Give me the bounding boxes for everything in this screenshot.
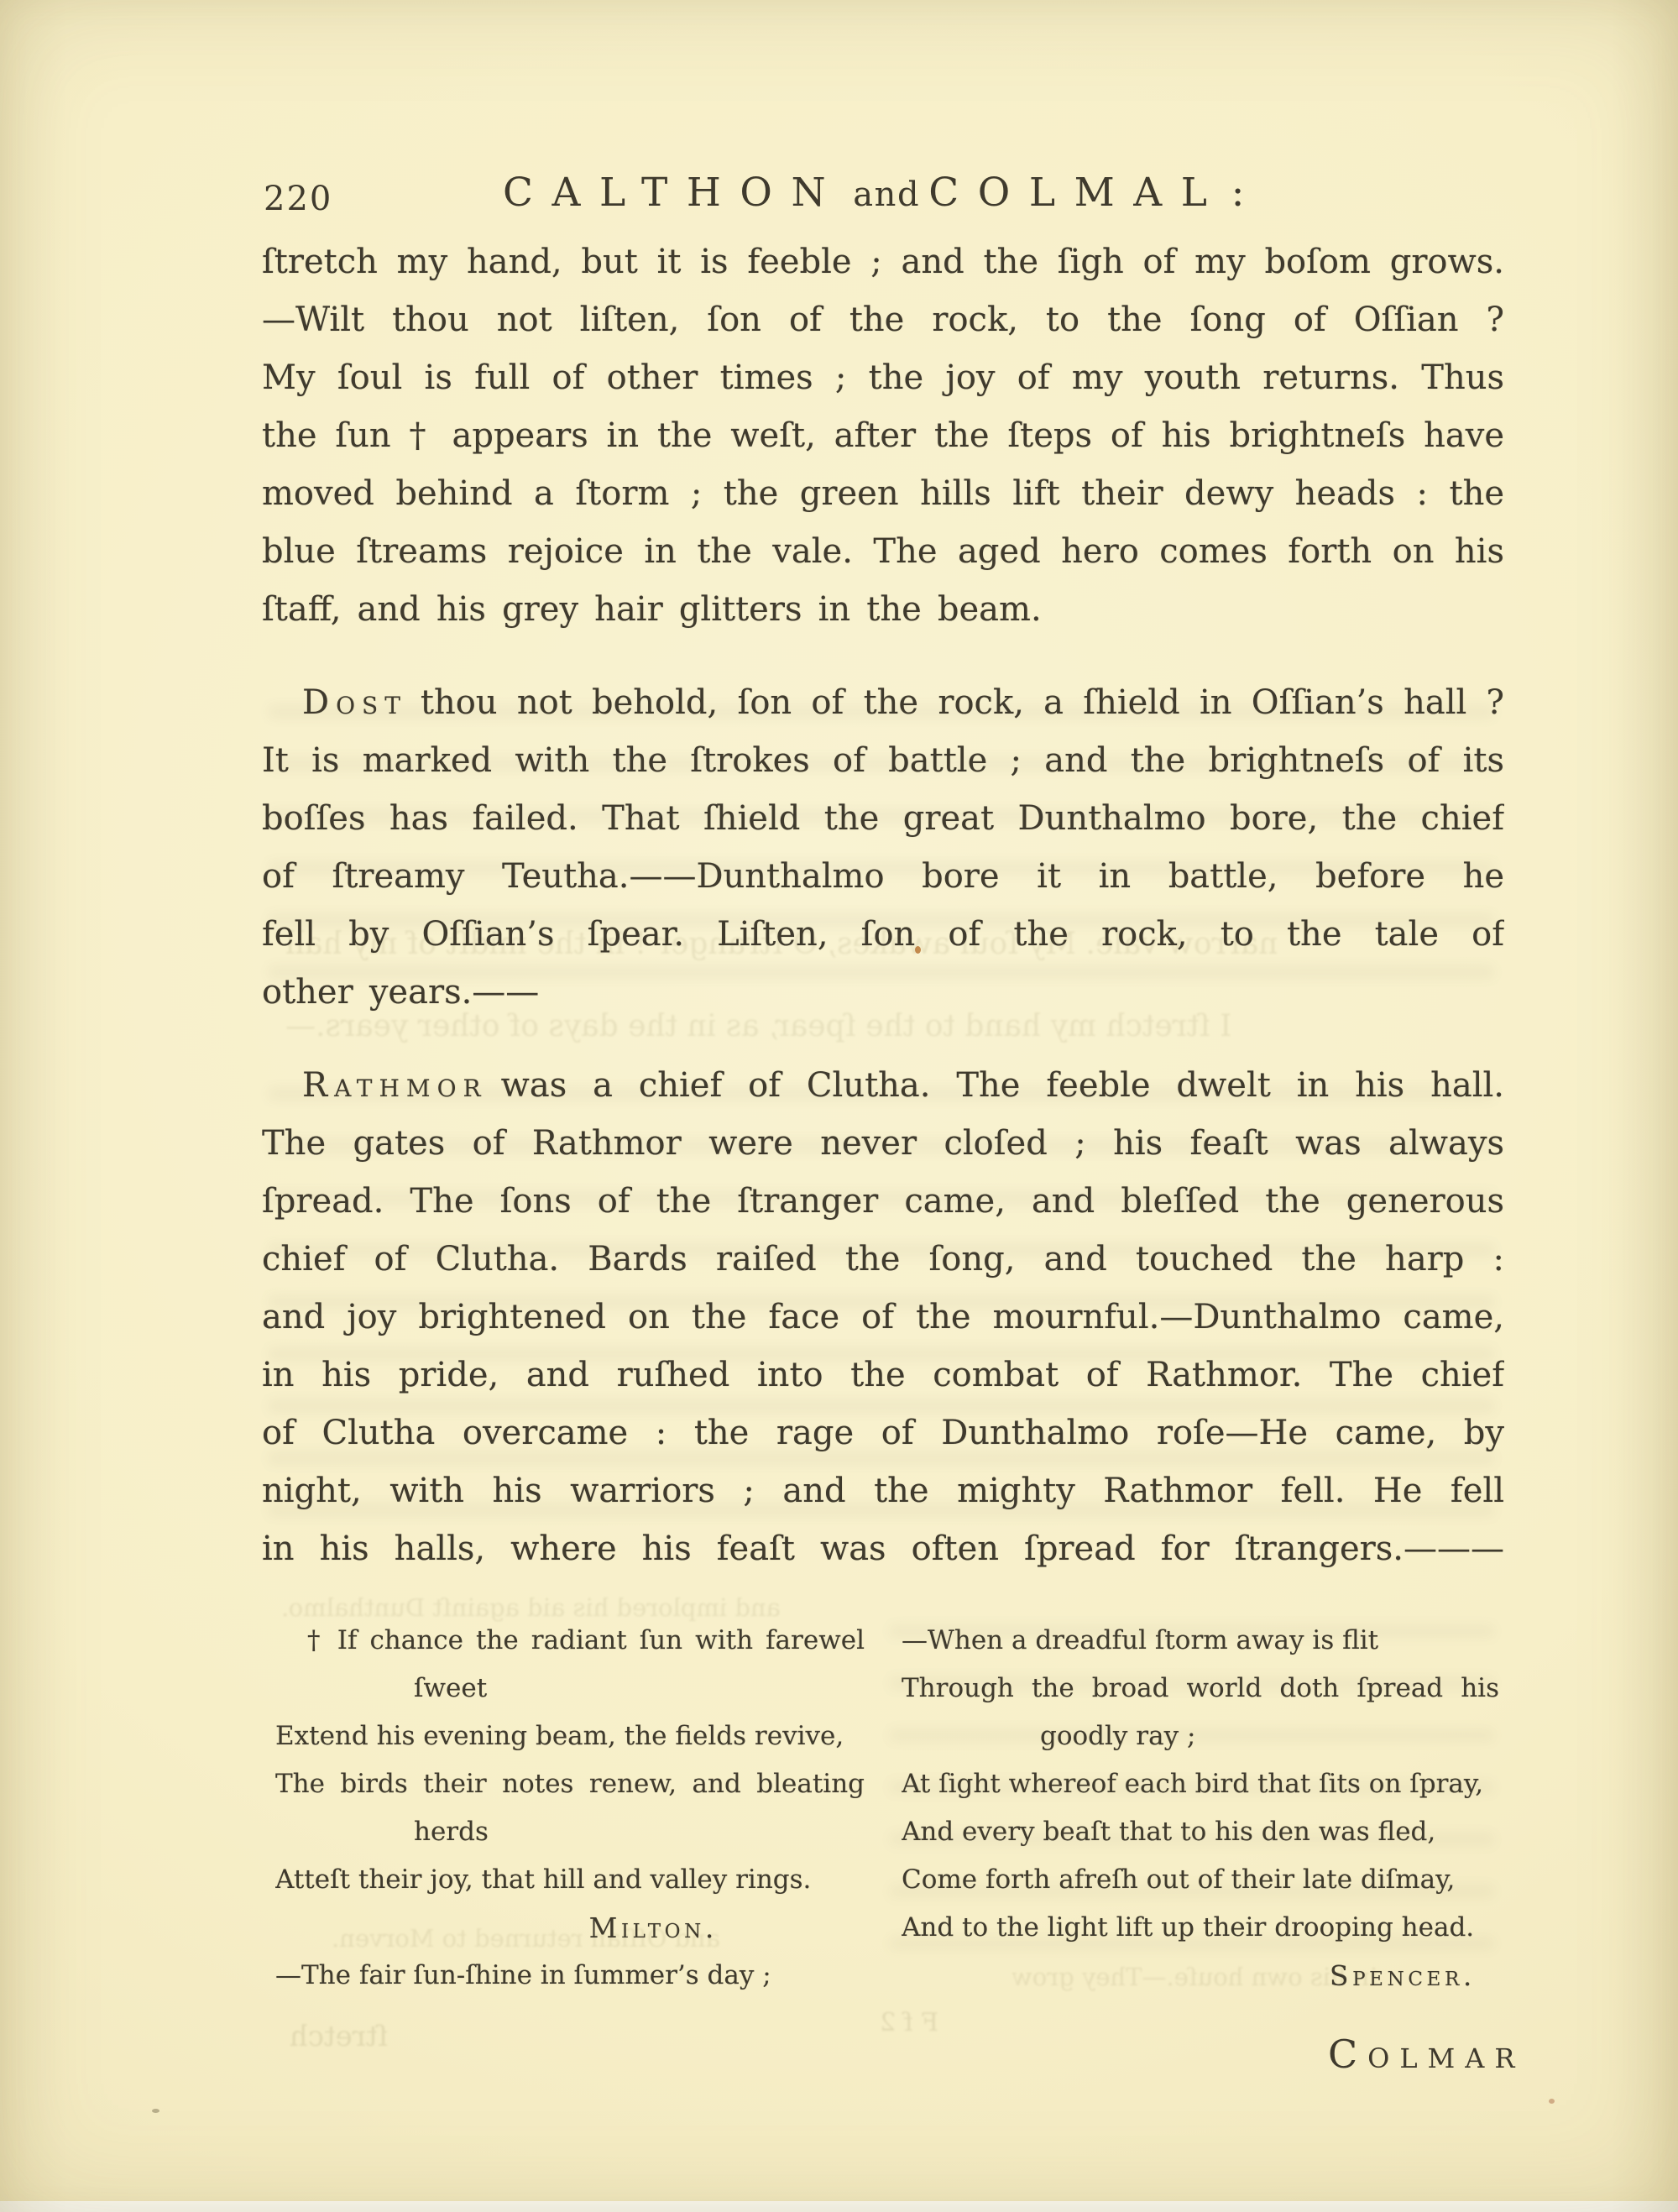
- text-line: in his halls, where his feaſt was often …: [262, 1520, 1504, 1578]
- running-head: 220 CALTHONandCOLMAL:: [262, 170, 1504, 233]
- text-line: blue ſtreams rejoice in the vale. The ag…: [262, 523, 1504, 581]
- text-line: in his pride, and ruſhed into the combat…: [262, 1347, 1504, 1404]
- text-line: and joy brightened on the face of the mo…: [262, 1289, 1504, 1347]
- small-caps-lead: Rathmor: [302, 1066, 488, 1105]
- footnote-line: The birds their notes renew, and bleatin…: [275, 1760, 865, 1808]
- text-line: the ſun † appears in the weſt, after the…: [262, 407, 1504, 465]
- paper-speck: [1549, 2099, 1555, 2104]
- paragraph-2: Dostthou not behold, ſon of the rock, a …: [262, 674, 1504, 1022]
- footnotes: † If chance the radiant ſun with farewel…: [262, 1617, 1504, 2011]
- paragraph-1: ſtretch my hand, but it is feeble ; and …: [262, 233, 1504, 639]
- text-line: ſpread. The ſons of the ſtranger came, a…: [262, 1173, 1504, 1231]
- footnote-line: Extend his evening beam, the fields revi…: [275, 1713, 865, 1760]
- footnote-line: —The fair ſun-ſhine in ſummer’s day ;: [275, 1952, 865, 2000]
- paper-speck: [152, 2109, 159, 2113]
- footnote-line: † If chance the radiant ſun with farewel: [275, 1617, 865, 1665]
- text-line: of Clutha overcame : the rage of Dunthal…: [262, 1404, 1504, 1462]
- title-word-calthon: CALTHON: [503, 170, 844, 216]
- footnote-line: And to the light lift up their drooping …: [902, 1904, 1499, 1952]
- footnote-line: ſweet: [275, 1665, 865, 1713]
- text-line: Rathmorwas a chief of Clutha. The feeble…: [262, 1057, 1504, 1115]
- text-line: fell by Oſſian’s ſpear. Liſten, ſon of t…: [262, 906, 1504, 964]
- title-connector: and: [853, 175, 920, 214]
- footnote-attribution-spencer: Spencer.: [902, 1952, 1499, 2000]
- footnote-line: Through the broad world doth ſpread his: [902, 1665, 1499, 1713]
- text-line: moved behind a ſtorm ; the green hills l…: [262, 465, 1504, 523]
- chapter-title: CALTHONandCOLMAL:: [262, 170, 1504, 216]
- text-line: ſtaff, and his grey hair glitters in the…: [262, 581, 1504, 639]
- text-line: Dostthou not behold, ſon of the rock, a …: [262, 674, 1504, 732]
- footnote-line: Come forth afreſh out of their late diſm…: [902, 1856, 1499, 1904]
- footnote-line: —When a dreadful ſtorm away is flit: [902, 1617, 1499, 1665]
- footnote-column-right: —When a dreadful ſtorm away is flit Thro…: [902, 1617, 1499, 2000]
- footnote-line: herds: [275, 1808, 865, 1856]
- text-line: other years.——: [262, 964, 1504, 1022]
- footnote-line: At ſight whereof each bird that ſits on …: [902, 1760, 1499, 1808]
- footnote-line: And every beaſt that to his den was fled…: [902, 1808, 1499, 1856]
- text-line-rest: was a chief of Clutha. The feeble dwelt …: [501, 1066, 1504, 1105]
- catchword: Colmar: [1328, 2032, 1524, 2077]
- footnote-line: goodly ray ;: [902, 1713, 1499, 1760]
- bleedthrough-signature-mark: F f 2: [880, 2008, 938, 2037]
- text-line: —Wilt thou not liſten, ſon of the rock, …: [262, 291, 1504, 349]
- footnote-line: Atteſt their joy, that hill and valley r…: [275, 1856, 865, 1904]
- text-line-rest: thou not behold, ſon of the rock, a ſhie…: [421, 683, 1504, 722]
- text-line: It is marked with the ſtrokes of battle …: [262, 732, 1504, 790]
- text-line: of ſtreamy Teutha.——Dunthalmo bore it in…: [262, 848, 1504, 906]
- title-colon: :: [1231, 170, 1263, 216]
- text-line: boſſes has failed. That ſhield the great…: [262, 790, 1504, 848]
- footnote-column-left: † If chance the radiant ſun with farewel…: [275, 1617, 865, 2000]
- bleedthrough-catchword: ſtretch: [290, 2020, 388, 2053]
- title-word-colmal: COLMAL: [928, 170, 1226, 216]
- paragraph-3: Rathmorwas a chief of Clutha. The feeble…: [262, 1057, 1504, 1578]
- text-line: chief of Clutha. Bards raiſed the ſong, …: [262, 1231, 1504, 1289]
- page-number: 220: [264, 180, 332, 218]
- text-line: The gates of Rathmor were never cloſed ;…: [262, 1115, 1504, 1173]
- text-line: night, with his warriors ; and the might…: [262, 1462, 1504, 1520]
- book-page-scan: narrow vale. My ſoul awakes, O ſtranger …: [0, 0, 1678, 2212]
- footnote-attribution-milton: Milton.: [275, 1904, 865, 1952]
- text-line: My ſoul is full of other times ; the joy…: [262, 349, 1504, 407]
- scan-edge-strip: [0, 2201, 1678, 2212]
- body-text: ſtretch my hand, but it is feeble ; and …: [262, 233, 1504, 1578]
- small-caps-lead: Dost: [302, 683, 407, 722]
- text-line: ſtretch my hand, but it is feeble ; and …: [262, 233, 1504, 291]
